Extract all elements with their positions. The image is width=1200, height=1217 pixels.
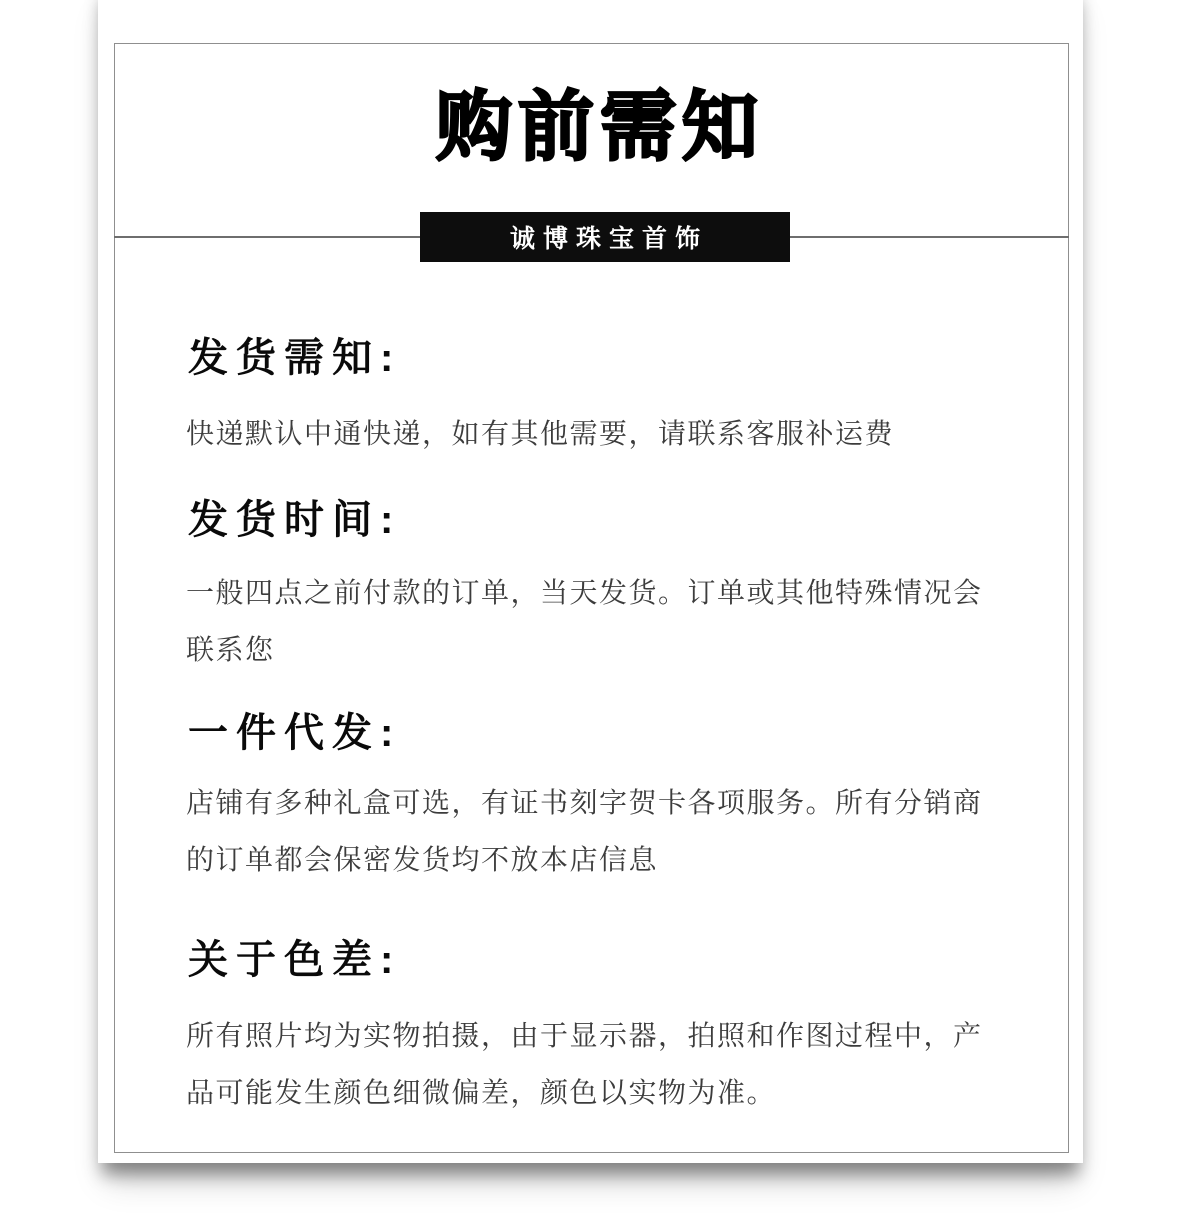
section-heading-shipping-time: 发货时间:: [188, 496, 401, 544]
notice-page: 购前需知 诚博珠宝首饰 发货需知: 快递默认中通快递，如有其他需要，请联系客服补…: [0, 0, 1200, 1217]
section-body-shipping-time: 一般四点之前付款的订单，当天发货。订单或其他特殊情况会联系您: [186, 564, 991, 678]
page-title: 购前需知: [0, 86, 1200, 170]
section-heading-color-difference: 关于色差:: [188, 936, 401, 984]
brand-name: 诚博珠宝首饰: [502, 219, 708, 255]
section-body-dropshipping: 店铺有多种礼盒可选，有证书刻字贺卡各项服务。所有分销商的订单都会保密发货均不放本…: [186, 774, 991, 888]
brand-banner: 诚博珠宝首饰: [420, 212, 790, 262]
section-heading-dropshipping: 一件代发:: [188, 709, 401, 757]
section-body-color-difference: 所有照片均为实物拍摄，由于显示器，拍照和作图过程中，产品可能发生颜色细微偏差，颜…: [186, 1007, 991, 1121]
section-heading-shipping-notice: 发货需知:: [188, 334, 401, 382]
section-body-shipping-notice: 快递默认中通快递，如有其他需要，请联系客服补运费: [186, 405, 991, 462]
